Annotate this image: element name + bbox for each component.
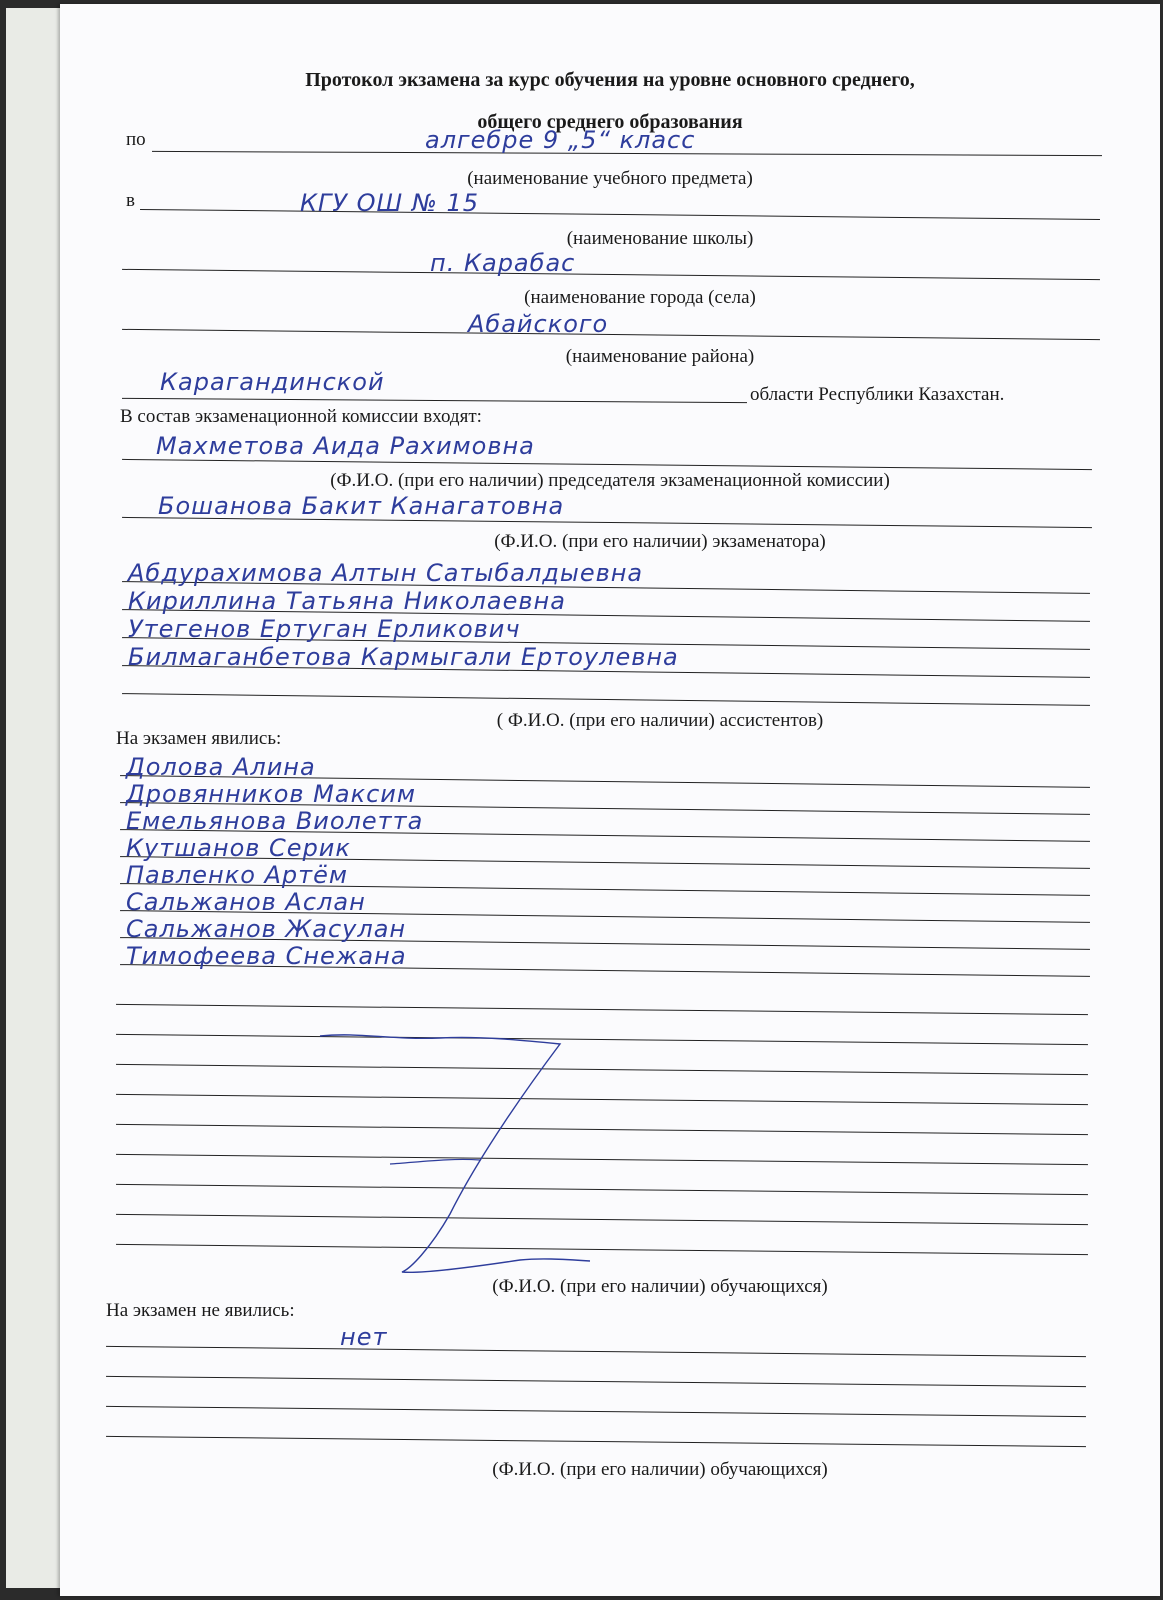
attended-caption: (Ф.И.О. (при его наличии) обучающихся) <box>160 1276 1160 1298</box>
exam-protocol-page: Протокол экзамена за курс обучения на ур… <box>60 4 1160 1596</box>
absent-caption: (Ф.И.О. (при его наличии) обучающихся) <box>160 1459 1160 1481</box>
absent-heading: На экзамен не явились: <box>106 1300 295 1322</box>
empty-lines-strike-mark <box>60 4 1160 1600</box>
absent-name: нет <box>340 1323 387 1351</box>
